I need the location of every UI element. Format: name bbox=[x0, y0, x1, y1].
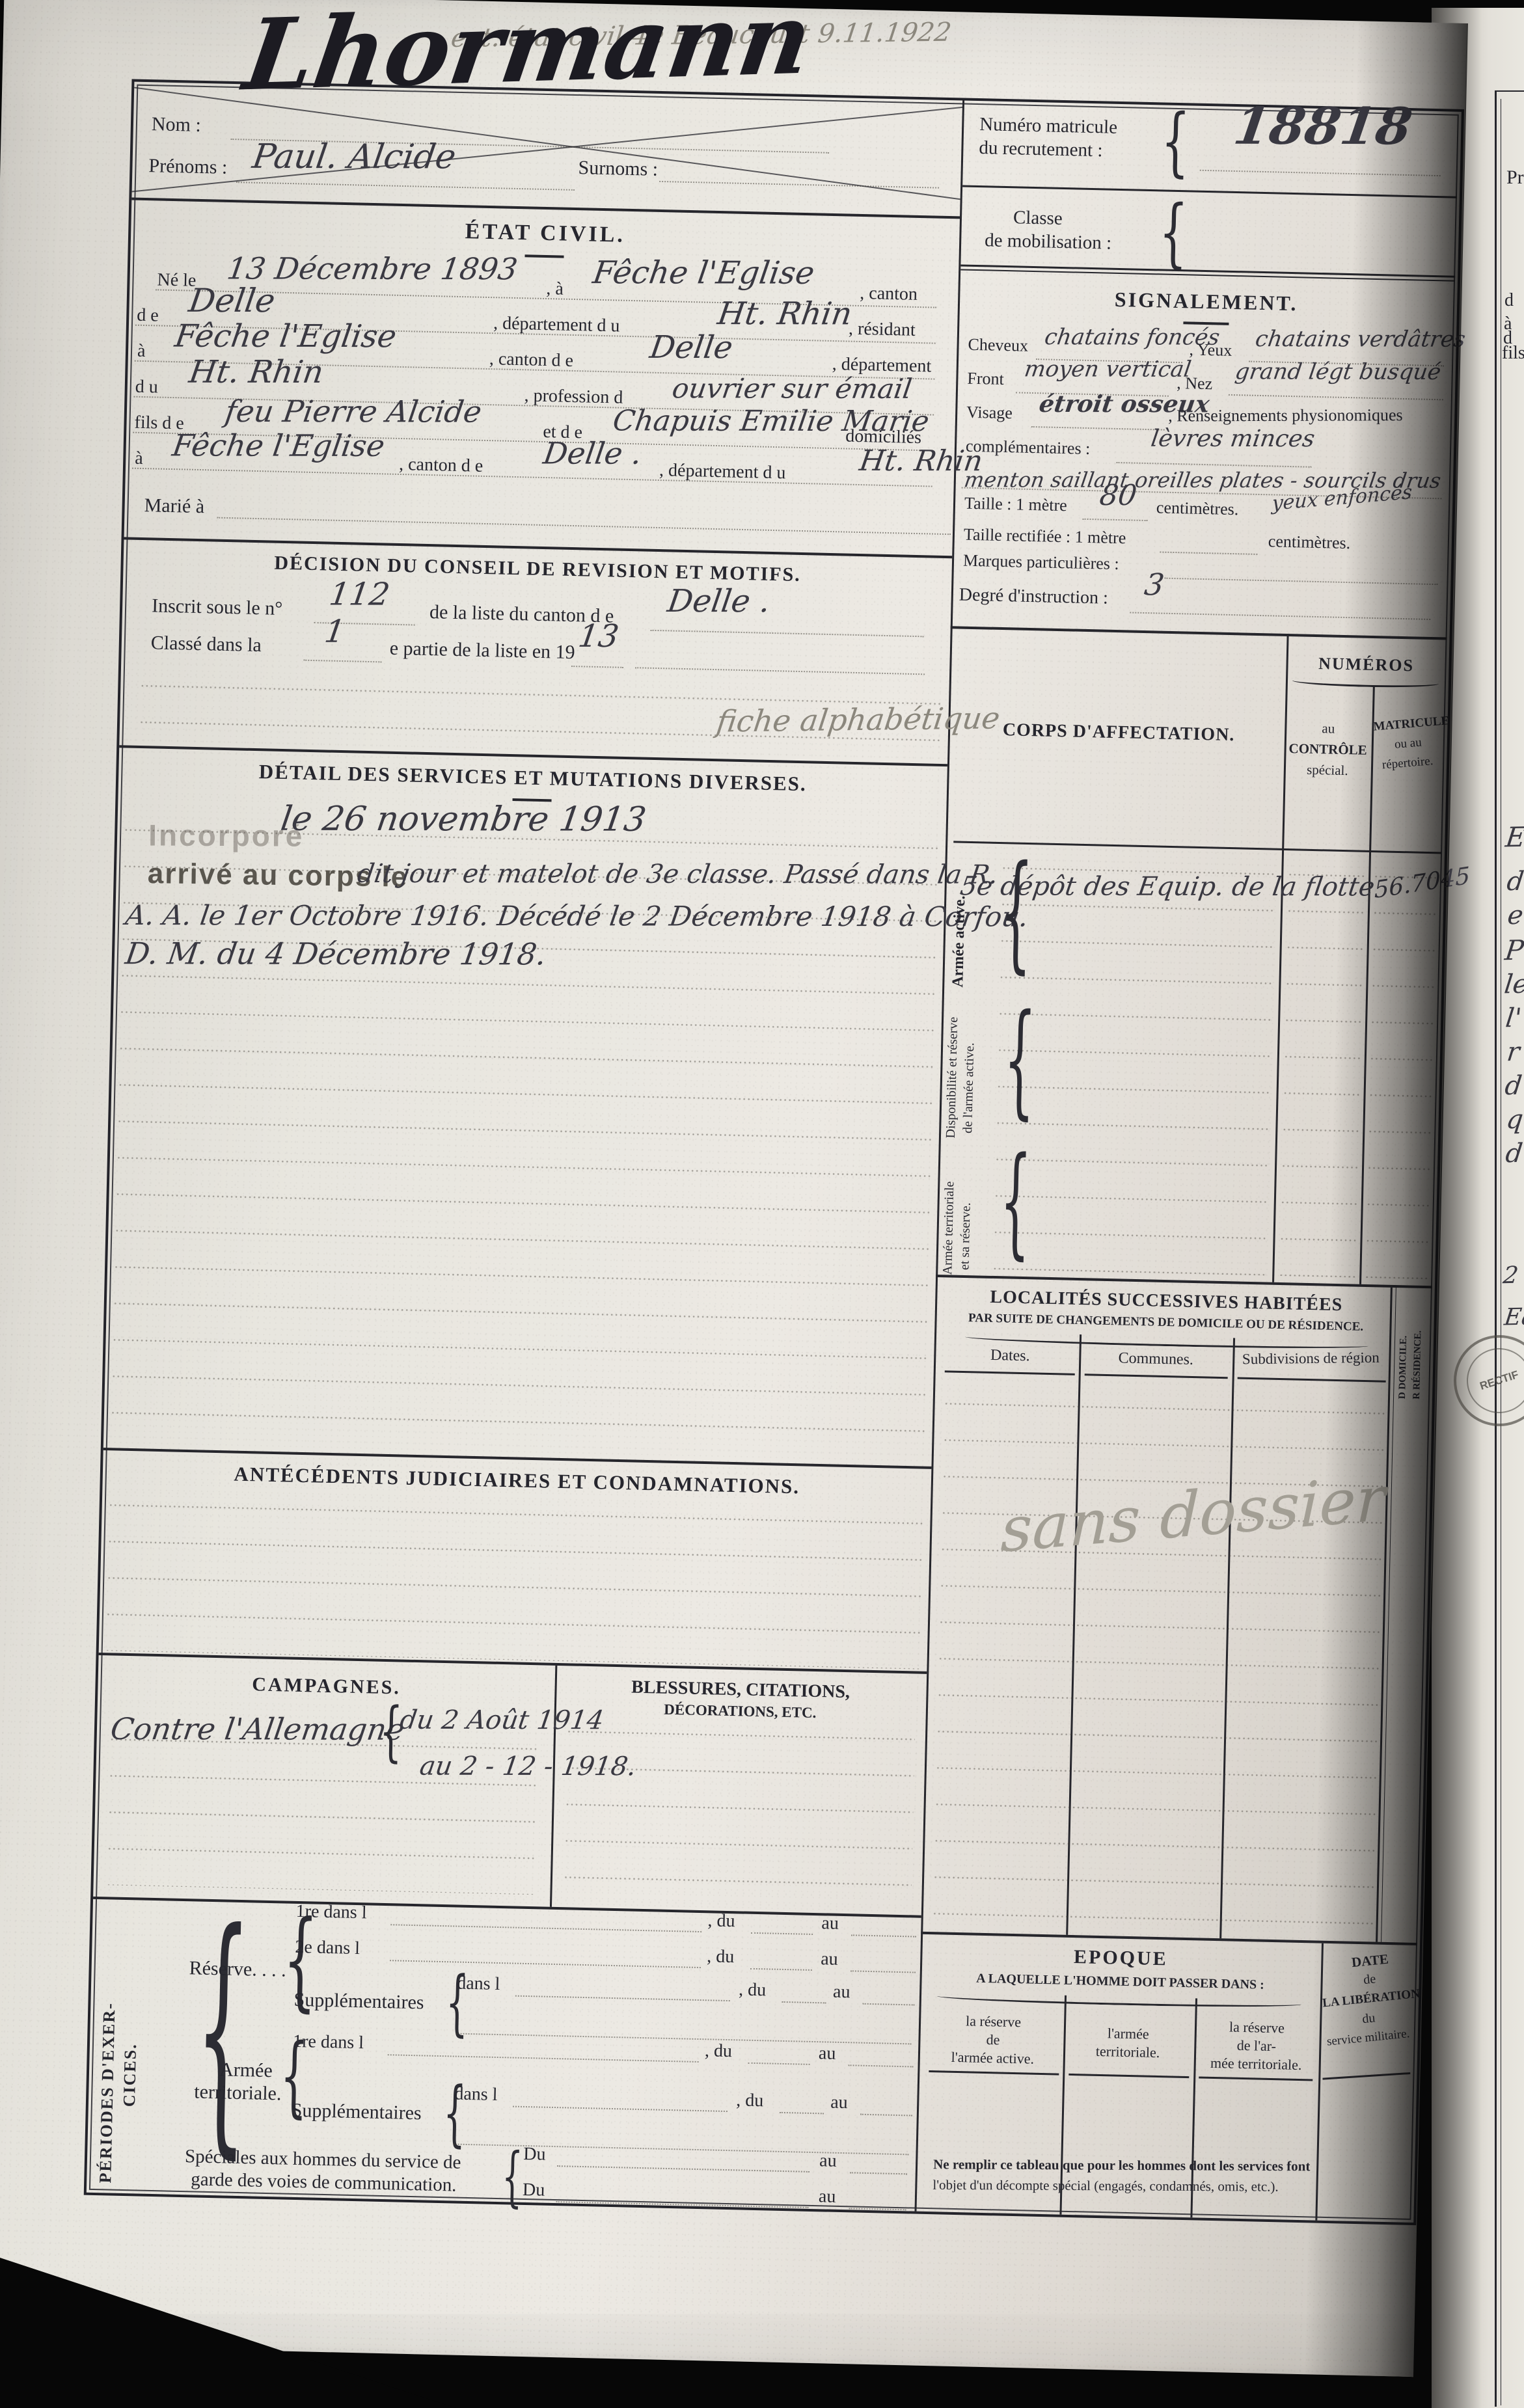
de-label: d e bbox=[137, 305, 159, 327]
adjacent-hw-fragment: l' bbox=[1504, 1003, 1523, 1033]
cheveux-label: Cheveux bbox=[968, 335, 1028, 356]
domicile-vertical-label: D DOMICILE. bbox=[1397, 1292, 1411, 1399]
epoque-header-rule bbox=[1068, 2074, 1189, 2078]
adjacent-hw-fragment: q bbox=[1504, 1105, 1524, 1135]
au-label: au bbox=[821, 1949, 838, 1970]
dotted-line bbox=[303, 658, 381, 663]
canton-liste-value: Delle . bbox=[665, 583, 772, 619]
col-header-rule bbox=[1085, 1373, 1228, 1379]
campagne-au-value: au 2 - 12 - 1918. bbox=[418, 1752, 638, 1781]
classe-label-2: de mobilisation : bbox=[985, 230, 1112, 254]
au-label: au bbox=[819, 2043, 836, 2064]
dotted-line bbox=[513, 2105, 728, 2112]
services-ligne-4: D. M. du 4 Décembre 1918. bbox=[123, 936, 549, 971]
epoque-note-line-1: Ne remplir ce tableau que pour les homme… bbox=[933, 2156, 1310, 2174]
territoriale-brace-2: { bbox=[999, 1144, 1032, 1259]
du-label: , du bbox=[739, 1979, 767, 2001]
dotted-line bbox=[849, 2206, 906, 2210]
controle-header-2: CONTRÔLE bbox=[1285, 740, 1370, 759]
adjacent-hw-fragment: P bbox=[1503, 934, 1524, 967]
epoque-brace-curve bbox=[937, 1991, 1301, 2009]
ruled-dotted-area bbox=[1365, 858, 1439, 1279]
epoque-header-rule bbox=[929, 2070, 1059, 2076]
col-header-rule bbox=[945, 1370, 1075, 1375]
canton-residence-value: Delle bbox=[647, 329, 735, 366]
residant-label: , résidant bbox=[849, 319, 916, 341]
front-value: moyen vertical bbox=[1023, 356, 1193, 382]
canton-de-label: , canton d e bbox=[489, 349, 574, 372]
adjacent-hw-fragment: d bbox=[1503, 1071, 1523, 1102]
dotted-line bbox=[1083, 517, 1148, 521]
dotted-line bbox=[1229, 393, 1443, 400]
numeros-brace-curve bbox=[1292, 675, 1439, 688]
box-rule bbox=[962, 185, 1457, 198]
dans-l-label: dans l bbox=[457, 1973, 500, 1995]
du-label: , du bbox=[736, 2090, 764, 2111]
dotted-line bbox=[850, 1969, 916, 1973]
canton-label: , canton bbox=[860, 283, 918, 305]
epoque-col1-line: de bbox=[926, 2030, 1060, 2050]
ruled-dotted-area bbox=[1279, 856, 1365, 1278]
complement-ligne-value: menton saillant oreilles plates - sourci… bbox=[962, 467, 1443, 493]
degre-value: 3 bbox=[1142, 567, 1166, 602]
epoque-subtitle: A LAQUELLE L'HOMME DOIT PASSER DANS : bbox=[919, 1970, 1320, 1994]
round-stamp: RECTIF bbox=[1454, 1335, 1524, 1426]
services-ligne-2: dit jour et matelot de 3e classe. Passé … bbox=[355, 859, 1000, 890]
marie-a-label: Marié à bbox=[144, 494, 204, 518]
speciales-label-2: garde des voies de communication. bbox=[191, 2169, 457, 2196]
dotted-line bbox=[849, 2063, 914, 2067]
territoriale-label-2: et sa réserve. bbox=[957, 1150, 975, 1270]
dotted-line bbox=[571, 664, 623, 668]
col-communes-header: Communes. bbox=[1080, 1349, 1232, 1370]
du-maj-label: Du bbox=[523, 2180, 545, 2201]
matricule-header-2: ou au bbox=[1372, 734, 1443, 754]
annee-value: 13 bbox=[576, 618, 621, 655]
departement-residence-value: Ht. Rhin bbox=[187, 354, 326, 390]
date-liberation-line: du bbox=[1322, 2007, 1417, 2031]
ruled-dotted-area bbox=[563, 1713, 915, 1910]
du-label: , du bbox=[707, 1910, 735, 1932]
surnoms-label: Surnoms : bbox=[578, 157, 658, 181]
epoque-col2-line: territoriale. bbox=[1066, 2042, 1190, 2062]
taille-value: 80 bbox=[1098, 479, 1139, 512]
dotted-line bbox=[635, 666, 925, 675]
campagne-contre-value: Contre l'Allemagne bbox=[109, 1711, 407, 1747]
matricule-value: 18818 bbox=[1230, 97, 1415, 156]
matricule-header-3: répertoire. bbox=[1372, 753, 1443, 774]
departement-du-label: , département d u bbox=[493, 313, 620, 336]
date-liberation-line: DATE bbox=[1323, 1948, 1418, 1973]
dotted-line bbox=[556, 2200, 809, 2208]
inscrit-numero-value: 112 bbox=[327, 576, 392, 613]
complementaires-label: complémentaires : bbox=[966, 437, 1091, 459]
col-dates-header: Dates. bbox=[942, 1346, 1079, 1366]
dotted-line bbox=[1031, 425, 1165, 431]
armee-label: Armée bbox=[219, 2059, 273, 2082]
section-rule bbox=[936, 1275, 1432, 1288]
epoque-note-line-2: l'objet d'un décompte spécial (engagés, … bbox=[932, 2177, 1278, 2195]
ruled-dotted-area bbox=[107, 1721, 540, 1895]
epoque-date-divider bbox=[1315, 1943, 1324, 2221]
adjacent-frame-line bbox=[1495, 90, 1497, 2407]
dotted-line bbox=[850, 2171, 907, 2174]
classe-label-1: Classe bbox=[1013, 207, 1063, 230]
centimetres-label: centimètres. bbox=[1156, 498, 1239, 519]
partie-num-value: 1 bbox=[322, 614, 347, 650]
adjacent-hw-fragment: E bbox=[1504, 821, 1524, 854]
section-rule bbox=[921, 1932, 1417, 1945]
dotted-line bbox=[217, 516, 951, 535]
epoque-header-rule bbox=[1199, 2076, 1313, 2081]
marques-label: Marques particulières : bbox=[963, 551, 1119, 574]
col-header-rule bbox=[1238, 1377, 1386, 1383]
armee-active-label: Armée active. bbox=[949, 854, 970, 988]
localites-subtitle: PAR SUITE DE CHANGEMENTS DE DOMICILE OU … bbox=[934, 1310, 1396, 1335]
matricule-brace: { bbox=[1160, 106, 1190, 178]
nez-value: grand légt busqué bbox=[1233, 358, 1443, 385]
adjacent-hw-fragment: le bbox=[1503, 969, 1524, 1000]
services-ligne-3: A. A. le 1er Octobre 1916. Décédé le 2 D… bbox=[124, 899, 1031, 932]
visage-label: Visage bbox=[966, 403, 1013, 424]
territoriale-label: territoriale. bbox=[194, 2081, 282, 2105]
dotted-line bbox=[1130, 610, 1430, 619]
controle-header-3: spécial. bbox=[1285, 761, 1370, 779]
canton-naissance-value: Delle bbox=[187, 282, 278, 319]
dotted-line bbox=[782, 2000, 826, 2004]
epoque-header-rule bbox=[1322, 2072, 1410, 2080]
dotted-line bbox=[780, 2111, 824, 2115]
yeux-value: chatains verdâtres bbox=[1254, 326, 1467, 352]
au-label: au bbox=[830, 2092, 848, 2114]
taille-label: Taille : 1 mètre bbox=[964, 494, 1067, 516]
dotted-line bbox=[390, 1923, 701, 1932]
nom-value-script: Lhormann bbox=[238, 0, 819, 113]
adjacent-hw-fragment: r bbox=[1505, 1037, 1521, 1067]
dotted-line bbox=[132, 467, 932, 487]
a3-label: à bbox=[135, 448, 143, 469]
dotted-line bbox=[748, 2061, 810, 2065]
adjacent-hw-fragment: d bbox=[1505, 867, 1524, 897]
dotted-line bbox=[515, 1994, 730, 2001]
adjacent-label-fragment: Pr bbox=[1506, 167, 1524, 189]
classe-brace: { bbox=[1158, 197, 1188, 269]
epoque-col3-line: mée territoriale. bbox=[1195, 2054, 1316, 2074]
nom-label: Nom : bbox=[152, 113, 202, 137]
adjacent-hw-fragment: d bbox=[1504, 1139, 1524, 1169]
dotted-line bbox=[650, 629, 923, 638]
a2-label: à bbox=[137, 341, 146, 362]
numeros-header: NUMÉROS bbox=[1286, 653, 1447, 677]
profession-label: , profession d bbox=[524, 385, 623, 408]
dotted-line bbox=[1165, 576, 1438, 586]
corps-subcol-divider bbox=[1359, 686, 1375, 1284]
epoque-col1-line: l'armée active. bbox=[926, 2048, 1060, 2068]
dotted-line bbox=[750, 1967, 812, 1971]
periodes-side-label: PÉRIODES D'EXER- bbox=[96, 1923, 121, 2184]
prenoms-value: Paul. Alcide bbox=[250, 137, 458, 176]
epoque-col1-line: la réserve bbox=[927, 2012, 1061, 2032]
adjacent-label-fragment: d bbox=[1504, 290, 1514, 311]
fiche-matricule-page: ext. état civil 4e Beaucourt 9.11.1922 N… bbox=[0, 0, 1467, 2377]
inscrit-label: Inscrit sous le n° bbox=[152, 595, 283, 620]
date-incorporation-value: le 26 novembre 1913 bbox=[279, 800, 649, 839]
adjacent-frame-top bbox=[1495, 90, 1524, 92]
front-label: Front bbox=[967, 369, 1004, 389]
dotted-line bbox=[1200, 169, 1441, 176]
dotted-line bbox=[1117, 461, 1312, 468]
naissance-lieu-value: Fêche l'Eglise bbox=[591, 254, 817, 291]
dotted-line bbox=[388, 2053, 699, 2063]
periodes-side-label-2: CICES. bbox=[120, 2003, 142, 2107]
taille-rectifiee-label: Taille rectifiée : 1 mètre bbox=[964, 525, 1126, 548]
partie-suite-label: e partie de la liste en 19 bbox=[389, 638, 575, 664]
date-liberation-line: de bbox=[1322, 1968, 1417, 1992]
du-label: , du bbox=[707, 1946, 735, 1968]
adjacent-hw-number: 2 bbox=[1502, 1262, 1520, 1289]
matricule-label-2: du recrutement : bbox=[979, 137, 1103, 161]
ruled-dotted-area bbox=[105, 1487, 923, 1669]
residence-vertical-label: R RÉSIDENCE. bbox=[1411, 1292, 1425, 1400]
etat-civil-title: ÉTAT CIVIL. bbox=[131, 212, 960, 256]
epoque-title: EPOQUE bbox=[920, 1943, 1322, 1974]
armee-active-brace: { bbox=[999, 851, 1034, 972]
dotted-line bbox=[236, 180, 575, 191]
reserve-2e-label: 2e dans l bbox=[295, 1937, 360, 1959]
adjacent-hw-fragment: Ea bbox=[1503, 1304, 1524, 1331]
du-maj-label: Du bbox=[523, 2144, 546, 2165]
section-rule bbox=[951, 626, 1447, 640]
disponibilite-label-1: Disponibilité et réserve bbox=[944, 998, 962, 1138]
dotted-line bbox=[751, 1931, 813, 1935]
col-subdivisions-header: Subdivisions de région bbox=[1232, 1349, 1389, 1368]
adjacent-frame-line-thin bbox=[1501, 99, 1501, 2405]
departement-du2-label: , département d u bbox=[659, 460, 786, 483]
title-underline bbox=[524, 254, 564, 258]
du-label: , du bbox=[705, 2040, 733, 2062]
adjacent-hw-fragment: e bbox=[1506, 900, 1524, 930]
periodes-brace: { bbox=[193, 1906, 252, 2154]
dotted-line bbox=[860, 2113, 912, 2117]
dotted-line bbox=[557, 2164, 810, 2172]
date-liberation-line: service militaire. bbox=[1321, 2026, 1415, 2050]
corps-header: CORPS D'AFFECTATION. bbox=[956, 718, 1282, 746]
a-label: , à bbox=[546, 278, 564, 300]
dotted-line bbox=[390, 1958, 701, 1968]
au-label: au bbox=[819, 2186, 836, 2208]
profession-value: ouvrier sur émail bbox=[670, 372, 914, 405]
epoque-col3-line: de l'ar- bbox=[1196, 2036, 1317, 2055]
prenoms-label: Prénoms : bbox=[148, 155, 228, 179]
centimetres-2-label: centimètres. bbox=[1268, 532, 1351, 553]
localites-right-edge-thin bbox=[1381, 1288, 1396, 1942]
disponibilite-label-2: de l'armée active. bbox=[960, 1007, 978, 1133]
dotted-line bbox=[1160, 550, 1257, 555]
canton-parents-value: Delle . bbox=[541, 436, 644, 471]
degre-label: Degré d'instruction : bbox=[959, 585, 1109, 609]
supplementaires-label: Supplémentaires bbox=[293, 1989, 424, 2014]
campagne-du-value: du 2 Août 1914 bbox=[398, 1705, 606, 1735]
canton-de2-label: , canton d e bbox=[399, 454, 483, 477]
complementaires-value: lèvres minces bbox=[1149, 426, 1316, 452]
epoque-col2-line: l'armée bbox=[1066, 2024, 1190, 2044]
au-label: au bbox=[833, 1982, 850, 2003]
au-label: au bbox=[819, 2150, 837, 2172]
matricule-label-1: Numéro matricule bbox=[979, 114, 1117, 139]
departement-naissance-value: Ht. Rhin bbox=[715, 295, 854, 332]
round-stamp-text: RECTIF bbox=[1458, 1340, 1524, 1422]
reserve-label: Réserve. . . . bbox=[189, 1957, 286, 1981]
du-label: d u bbox=[135, 377, 158, 398]
matricule-header-1: MATRICULE bbox=[1373, 714, 1444, 735]
adjacent-label-fragment: fils bbox=[1502, 343, 1524, 364]
disponibilite-brace: { bbox=[1003, 1001, 1037, 1119]
au-label: au bbox=[821, 1913, 839, 1934]
date-liberation-line: LA LIBÉRATION bbox=[1322, 1987, 1416, 2010]
naissance-date-value: 13 Décembre 1893 bbox=[225, 251, 520, 287]
territoriale-label-1: Armée territoriale bbox=[940, 1141, 959, 1275]
localites-right-edge bbox=[1376, 1288, 1393, 1942]
controle-header-1: au bbox=[1286, 720, 1371, 738]
scanned-military-record: Pr d à d fils E d e P le l' r d q d 2 Ea… bbox=[0, 0, 1524, 2408]
yeux-label: , Yeux bbox=[1189, 340, 1232, 360]
epoque-col3-line: la réserve bbox=[1197, 2018, 1318, 2037]
dotted-line bbox=[456, 2032, 911, 2045]
classe-dans-label: Classé dans la bbox=[150, 632, 262, 656]
record-card-frame: Nom : Prénoms : Surnoms : Lhormann Paul.… bbox=[84, 79, 1464, 2225]
speciales-brace: { bbox=[501, 2145, 523, 2208]
pere-value: feu Pierre Alcide bbox=[223, 394, 484, 429]
dotted-line bbox=[863, 2002, 915, 2006]
campagnes-title: CAMPAGNES. bbox=[98, 1670, 555, 1703]
residence-value: Fêche l'Eglise bbox=[172, 318, 399, 355]
dotted-line bbox=[659, 180, 939, 189]
dans-l-label: dans l bbox=[454, 2084, 498, 2105]
dotted-line bbox=[851, 1933, 916, 1937]
supplementaires-t-label: Supplémentaires bbox=[291, 2100, 422, 2125]
renseignements-label: , Renseignements physionomiques bbox=[1168, 405, 1402, 426]
signalement-title: SIGNALEMENT. bbox=[958, 284, 1455, 319]
reserve-1re-label: 1re dans l bbox=[295, 1901, 367, 1923]
domicile-parents-value: Fêche l'Eglise bbox=[170, 428, 387, 463]
